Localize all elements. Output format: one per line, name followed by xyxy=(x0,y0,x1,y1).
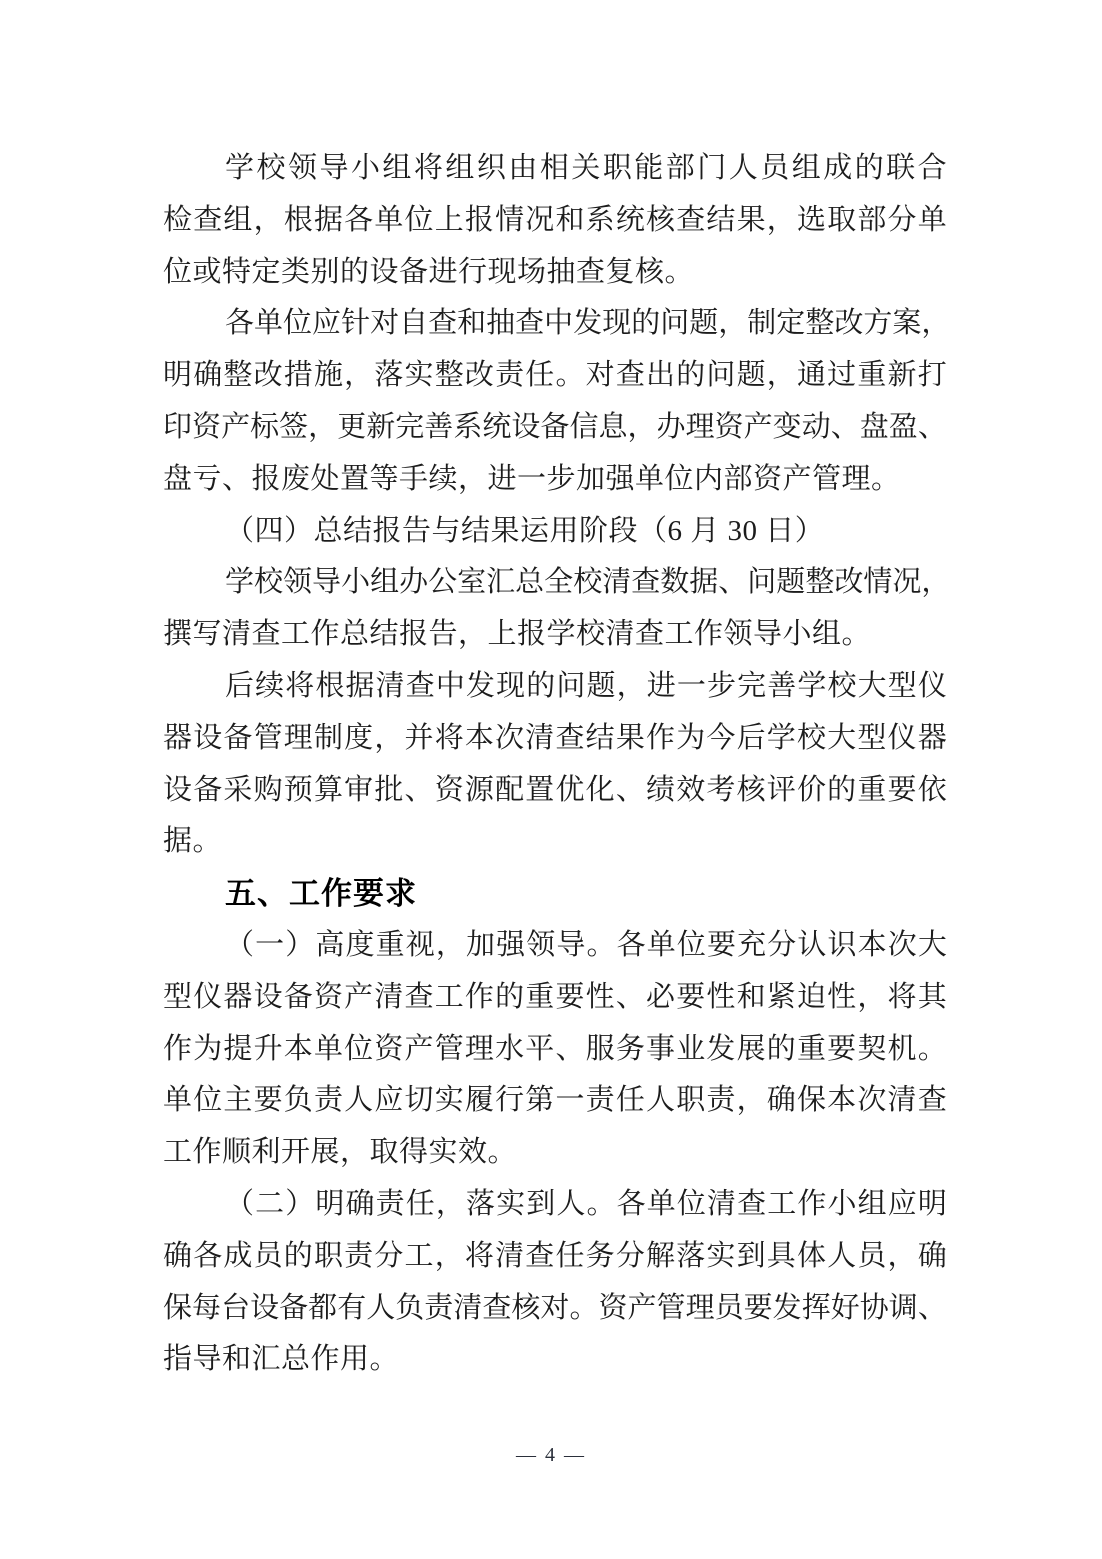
text-line: 各单位应针对自查和抽查中发现的问题，制定整改方案， xyxy=(163,298,947,350)
text-line: 盘亏、报废处置等手续，进一步加强单位内部资产管理。 xyxy=(163,454,947,506)
text-line: 器设备管理制度，并将本次清查结果作为今后学校大型仪器 xyxy=(163,713,947,765)
text-line: 据。 xyxy=(163,816,947,868)
section-heading: 五、工作要求 xyxy=(163,868,947,920)
text-line: 印资产标签，更新完善系统设备信息，办理资产变动、盘盈、 xyxy=(163,402,947,454)
text-line: （二）明确责任，落实到人。各单位清查工作小组应明 xyxy=(163,1179,947,1231)
page-number: — 4 — xyxy=(0,1444,1102,1467)
text-line: 指导和汇总作用。 xyxy=(163,1334,947,1386)
text-line: 撰写清查工作总结报告，上报学校清查工作领导小组。 xyxy=(163,609,947,661)
text-line: 学校领导小组办公室汇总全校清查数据、问题整改情况， xyxy=(163,557,947,609)
text-line: 位或特定类别的设备进行现场抽查复核。 xyxy=(163,247,947,299)
text-line: （一）高度重视，加强领导。各单位要充分认识本次大 xyxy=(163,920,947,972)
text-line: 单位主要负责人应切实履行第一责任人职责，确保本次清查 xyxy=(163,1075,947,1127)
text-line: 工作顺利开展，取得实效。 xyxy=(163,1127,947,1179)
text-line: 后续将根据清查中发现的问题，进一步完善学校大型仪 xyxy=(163,661,947,713)
text-line: 明确整改措施，落实整改责任。对查出的问题，通过重新打 xyxy=(163,350,947,402)
text-line: 确各成员的职责分工，将清查任务分解落实到具体人员，确 xyxy=(163,1231,947,1283)
text-line: 型仪器设备资产清查工作的重要性、必要性和紧迫性，将其 xyxy=(163,972,947,1024)
text-line: 作为提升本单位资产管理水平、服务事业发展的重要契机。 xyxy=(163,1024,947,1076)
document-page: 学校领导小组将组织由相关职能部门人员组成的联合检查组，根据各单位上报情况和系统核… xyxy=(0,0,1102,1559)
text-line: 设备采购预算审批、资源配置优化、绩效考核评价的重要依 xyxy=(163,765,947,817)
document-body: 学校领导小组将组织由相关职能部门人员组成的联合检查组，根据各单位上报情况和系统核… xyxy=(163,143,947,1386)
text-line: （四）总结报告与结果运用阶段（6 月 30 日） xyxy=(163,506,947,558)
text-line: 保每台设备都有人负责清查核对。资产管理员要发挥好协调、 xyxy=(163,1283,947,1335)
text-line: 检查组，根据各单位上报情况和系统核查结果，选取部分单 xyxy=(163,195,947,247)
text-line: 学校领导小组将组织由相关职能部门人员组成的联合 xyxy=(163,143,947,195)
